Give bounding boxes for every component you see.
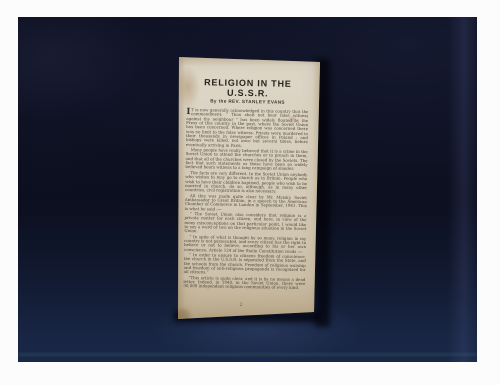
pamphlet-cover: RELIGION IN THE U.S.S.R. By the REV. STA…	[178, 57, 321, 319]
pamphlet-body: IT is now generally acknowledged in this…	[183, 108, 308, 291]
body-paragraph-text: T is now generally acknowledged in this …	[186, 107, 309, 148]
body-paragraph: “This article is quite clear, and it is …	[183, 276, 305, 291]
body-paragraph: The facts are very different. In the Sov…	[185, 171, 307, 195]
pamphlet-byline: By the REV. STANLEY EVANS	[187, 98, 309, 106]
body-paragraph: “ The Soviet Union also considers that r…	[184, 212, 306, 236]
cloth-fold-top-left	[18, 17, 178, 137]
pamphlet-title: RELIGION IN THE U.S.S.R.	[187, 77, 309, 99]
cloth-fold-right	[448, 17, 477, 362]
body-paragraph: All this was made quite clear by Mr. Mai…	[185, 194, 307, 214]
body-paragraph: Many people have really believed that it…	[185, 148, 307, 172]
photograph: RELIGION IN THE U.S.S.R. By the REV. STA…	[18, 17, 477, 362]
body-paragraph: “ In spite of what is thought by so many…	[184, 235, 306, 255]
body-paragraph: IT is now generally acknowledged in this…	[186, 108, 309, 149]
table-surface-seam	[18, 353, 477, 356]
block-quote: “ In order to ensure to citizens freedom…	[184, 253, 306, 277]
pamphlet-text-block: RELIGION IN THE U.S.S.R. By the REV. STA…	[183, 77, 309, 309]
